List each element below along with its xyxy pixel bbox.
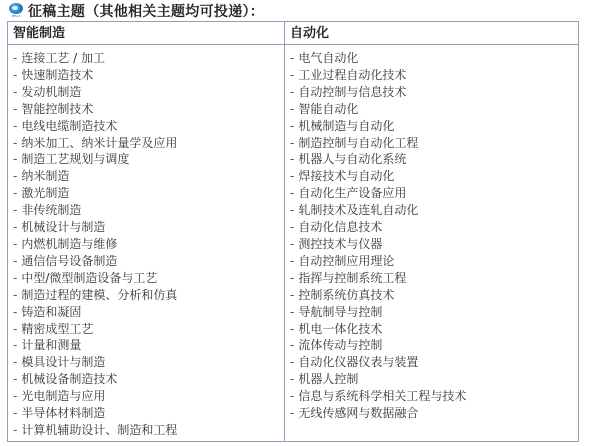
topic-label: 机械设备制造技术 [21,372,117,386]
list-item: -机器人控制 [290,371,578,388]
topic-label: 计算机辅助设计、制造和工程 [21,423,177,437]
topic-label: 自动化信息技术 [298,220,382,234]
topic-label: 流体传动与控制 [298,338,382,352]
list-item: -智能控制技术 [13,101,284,118]
topic-label: 纳米制造 [21,169,69,183]
bullet-dash: - [290,220,294,234]
topic-label: 连接工艺 / 加工 [21,51,105,65]
bullet-dash: - [290,203,294,217]
list-item: -通信信号设备制造 [13,253,284,270]
topic-label: 轧制技术及连轧自动化 [298,203,418,217]
bullet-dash: - [290,68,294,82]
topic-label: 机械设计与制造 [21,220,105,234]
bullet-dash: - [13,288,17,302]
bullet-dash: - [13,271,17,285]
list-item: -测控技术与仪器 [290,236,578,253]
topic-label: 计量和测量 [21,338,81,352]
bullet-dash: - [13,136,17,150]
list-item: -制造过程的建模、分析和仿真 [13,287,284,304]
bullet-dash: - [290,372,294,386]
list-item: -纳米制造 [13,168,284,185]
bullet-dash: - [290,85,294,99]
bullet-dash: - [290,254,294,268]
list-item: -连接工艺 / 加工 [13,50,284,67]
topic-label: 制造控制与自动化工程 [298,136,418,150]
topic-label: 自动化仪器仪表与装置 [298,355,418,369]
section-heading: IEEAA 征稿主题（其他相关主题均可投递）： [7,2,264,20]
bullet-dash: - [13,51,17,65]
bullet-dash: - [290,136,294,150]
list-item: -机械制造与自动化 [290,118,578,135]
list-item: -光电制造与应用 [13,388,284,405]
list-item: -制造控制与自动化工程 [290,135,578,152]
topic-label: 制造工艺规划与调度 [21,152,129,166]
bullet-dash: - [290,355,294,369]
list-item: -导航制导与控制 [290,304,578,321]
list-item: -流体传动与控制 [290,337,578,354]
list-item: -纳米加工、纳米计量学及应用 [13,135,284,152]
bullet-dash: - [290,389,294,403]
topic-label: 焊接技术与自动化 [298,169,394,183]
bullet-dash: - [13,372,17,386]
topic-label: 工业过程自动化技术 [298,68,406,82]
topic-label: 信息与系统科学相关工程与技术 [298,389,466,403]
topic-label: 智能控制技术 [21,102,93,116]
bullet-dash: - [13,119,17,133]
topic-label: 快速制造技术 [21,68,93,82]
list-item: -激光制造 [13,185,284,202]
bullet-dash: - [13,305,17,319]
page-title: 征稿主题（其他相关主题均可投递）： [28,1,264,21]
list-item: -快速制造技术 [13,67,284,84]
topic-label: 电气自动化 [298,51,358,65]
bullet-dash: - [13,338,17,352]
bullet-dash: - [13,406,17,420]
list-item: -信息与系统科学相关工程与技术 [290,388,578,405]
list-item: -无线传感网与数据融合 [290,405,578,422]
bullet-dash: - [13,389,17,403]
list-item: -电线电缆制造技术 [13,118,284,135]
topic-label: 模具设计与制造 [21,355,105,369]
topic-label: 光电制造与应用 [21,389,105,403]
topic-label: 无线传感网与数据融合 [298,406,418,420]
bullet-dash: - [290,51,294,65]
bullet-dash: - [13,322,17,336]
bullet-dash: - [13,85,17,99]
topic-label: 自动控制与信息技术 [298,85,406,99]
topic-label: 中型/微型制造设备与工艺 [21,271,157,285]
topic-label: 内燃机制造与维修 [21,237,117,251]
topics-table: 智能制造 自动化 -连接工艺 / 加工-快速制造技术-发动机制造-智能控制技术-… [7,21,579,442]
table-header-row: 智能制造 自动化 [8,22,579,45]
bullet-dash: - [290,237,294,251]
bullet-dash: - [13,102,17,116]
list-item: -轧制技术及连轧自动化 [290,202,578,219]
topic-label: 控制系统仿真技术 [298,288,394,302]
list-item: -自动控制应用理论 [290,253,578,270]
table-row: -连接工艺 / 加工-快速制造技术-发动机制造-智能控制技术-电线电缆制造技术-… [8,45,579,442]
bullet-dash: - [13,355,17,369]
list-item: -机器人与自动化系统 [290,151,578,168]
topic-label: 激光制造 [21,186,69,200]
list-item: -发动机制造 [13,84,284,101]
topic-label: 铸造和凝固 [21,305,81,319]
topic-label: 智能自动化 [298,102,358,116]
bullet-dash: - [290,119,294,133]
logo-caption: IEEAA [8,14,24,18]
topic-label: 自动化生产设备应用 [298,186,406,200]
list-item: -智能自动化 [290,101,578,118]
bullet-dash: - [290,102,294,116]
list-item: -自动化仪器仪表与装置 [290,354,578,371]
list-item: -模具设计与制造 [13,354,284,371]
topic-label: 自动控制应用理论 [298,254,394,268]
bullet-dash: - [13,237,17,251]
bullet-dash: - [13,152,17,166]
topic-label: 机器人与自动化系统 [298,152,406,166]
intelligent-manufacturing-cell: -连接工艺 / 加工-快速制造技术-发动机制造-智能控制技术-电线电缆制造技术-… [8,45,285,442]
globe-logo-icon: IEEAA [7,3,25,19]
list-item: -精密成型工艺 [13,321,284,338]
list-item: -铸造和凝固 [13,304,284,321]
topic-label: 导航制导与控制 [298,305,382,319]
topic-label: 指挥与控制系统工程 [298,271,406,285]
bullet-dash: - [13,186,17,200]
topic-label: 精密成型工艺 [21,322,93,336]
topic-label: 非传统制造 [21,203,81,217]
topic-label: 机电一体化技术 [298,322,382,336]
bullet-dash: - [13,203,17,217]
list-item: -非传统制造 [13,202,284,219]
column-header-intelligent-manufacturing: 智能制造 [8,22,285,45]
list-item: -工业过程自动化技术 [290,67,578,84]
bullet-dash: - [290,322,294,336]
bullet-dash: - [13,254,17,268]
bullet-dash: - [290,271,294,285]
topic-list-automation: -电气自动化-工业过程自动化技术-自动控制与信息技术-智能自动化-机械制造与自动… [290,50,578,422]
bullet-dash: - [290,338,294,352]
bullet-dash: - [13,68,17,82]
list-item: -半导体材料制造 [13,405,284,422]
list-item: -制造工艺规划与调度 [13,151,284,168]
list-item: -机械设计与制造 [13,219,284,236]
bullet-dash: - [290,169,294,183]
bullet-dash: - [290,288,294,302]
column-header-automation: 自动化 [285,22,579,45]
topic-label: 发动机制造 [21,85,81,99]
automation-cell: -电气自动化-工业过程自动化技术-自动控制与信息技术-智能自动化-机械制造与自动… [285,45,579,442]
list-item: -自动化生产设备应用 [290,185,578,202]
topic-list-intelligent-manufacturing: -连接工艺 / 加工-快速制造技术-发动机制造-智能控制技术-电线电缆制造技术-… [13,50,284,439]
list-item: -中型/微型制造设备与工艺 [13,270,284,287]
bullet-dash: - [13,423,17,437]
bullet-dash: - [290,186,294,200]
bullet-dash: - [13,169,17,183]
topic-label: 通信信号设备制造 [21,254,117,268]
topic-label: 制造过程的建模、分析和仿真 [21,288,177,302]
list-item: -控制系统仿真技术 [290,287,578,304]
topic-label: 纳米加工、纳米计量学及应用 [21,136,177,150]
list-item: -计量和测量 [13,337,284,354]
list-item: -机械设备制造技术 [13,371,284,388]
bullet-dash: - [290,152,294,166]
topic-label: 测控技术与仪器 [298,237,382,251]
list-item: -自动控制与信息技术 [290,84,578,101]
bullet-dash: - [290,305,294,319]
list-item: -焊接技术与自动化 [290,168,578,185]
list-item: -电气自动化 [290,50,578,67]
topic-label: 半导体材料制造 [21,406,105,420]
topic-label: 电线电缆制造技术 [21,119,117,133]
bullet-dash: - [290,406,294,420]
list-item: -内燃机制造与维修 [13,236,284,253]
topic-label: 机器人控制 [298,372,358,386]
list-item: -机电一体化技术 [290,321,578,338]
list-item: -计算机辅助设计、制造和工程 [13,422,284,439]
list-item: -自动化信息技术 [290,219,578,236]
list-item: -指挥与控制系统工程 [290,270,578,287]
topic-label: 机械制造与自动化 [298,119,394,133]
bullet-dash: - [13,220,17,234]
